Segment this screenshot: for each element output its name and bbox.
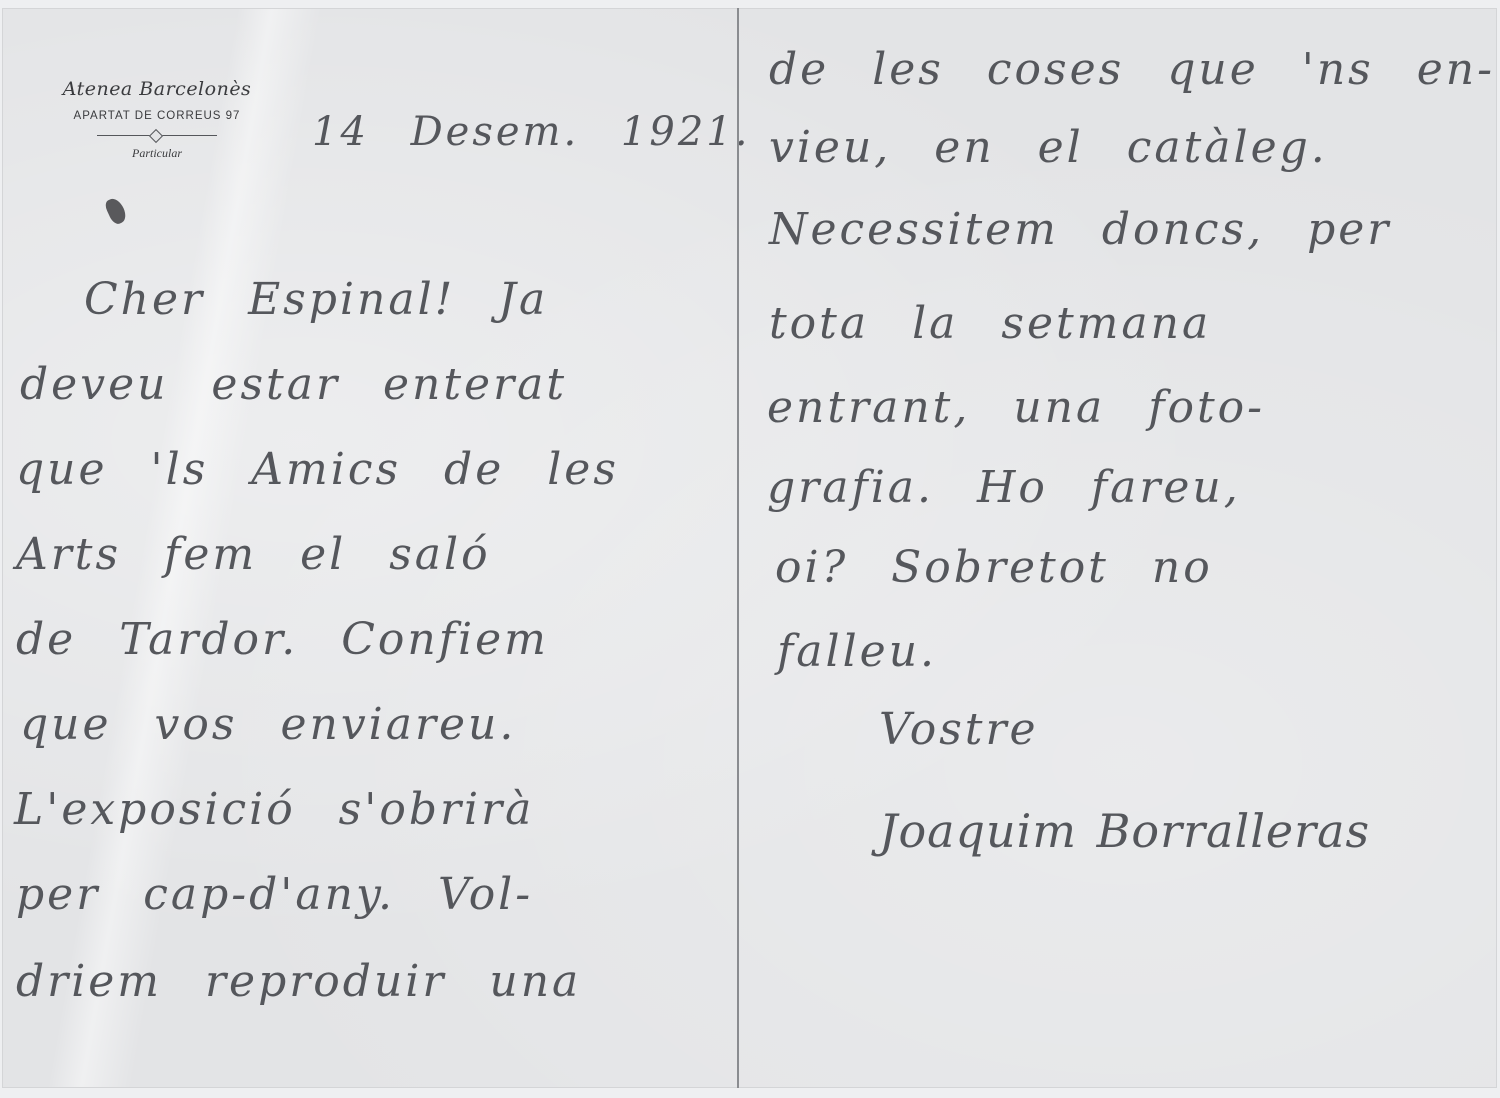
letter-line: de Tardor. Confiem <box>16 618 549 662</box>
letter-line: tota la setmana <box>769 302 1211 346</box>
letter-line: Arts fem el saló <box>16 533 491 577</box>
letter-page-left: Atenea Barcelonès APARTAT DE CORREUS 97 … <box>2 8 737 1088</box>
letter-signature: Joaquim Borralleras <box>879 808 1370 854</box>
letter-line: deveu estar enterat <box>20 363 567 407</box>
letter-line: grafia. Ho fareu, <box>767 466 1241 510</box>
letter-line: falleu. <box>777 630 937 674</box>
letter-line: oi? Sobretot no <box>775 546 1213 590</box>
letter-sheet: Atenea Barcelonès APARTAT DE CORREUS 97 … <box>2 8 1497 1088</box>
letterhead-organization: Atenea Barcelonès <box>42 78 272 100</box>
letter-line: que 'ls Amics de les <box>16 448 619 492</box>
letter-line: L'exposició s'obrirà <box>14 788 534 832</box>
letterhead-subtitle: Particular <box>42 146 272 161</box>
letter-line: Necessitem doncs, per <box>769 208 1391 252</box>
letter-line: que vos enviareu. <box>20 703 516 747</box>
ink-blot-icon <box>103 196 128 226</box>
letterhead: Atenea Barcelonès APARTAT DE CORREUS 97 … <box>42 78 272 161</box>
ornament-divider-icon <box>97 130 217 140</box>
letter-line: Cher Espinal! Ja <box>84 278 548 322</box>
letter-page-right: de les coses que 'ns en- vieu, en el cat… <box>739 8 1497 1088</box>
letter-closing: Vostre <box>879 708 1039 752</box>
letter-line: vieu, en el catàleg. <box>769 126 1328 170</box>
letter-line: per cap-d'any. Vol- <box>16 873 533 917</box>
letter-line: de les coses que 'ns en- <box>769 48 1495 92</box>
letter-line: driem reproduir una <box>16 960 581 1004</box>
letter-line: entrant, una foto- <box>767 386 1265 430</box>
letter-date: 14 Desem. 1921. <box>312 112 750 152</box>
letterhead-address: APARTAT DE CORREUS 97 <box>42 110 272 122</box>
